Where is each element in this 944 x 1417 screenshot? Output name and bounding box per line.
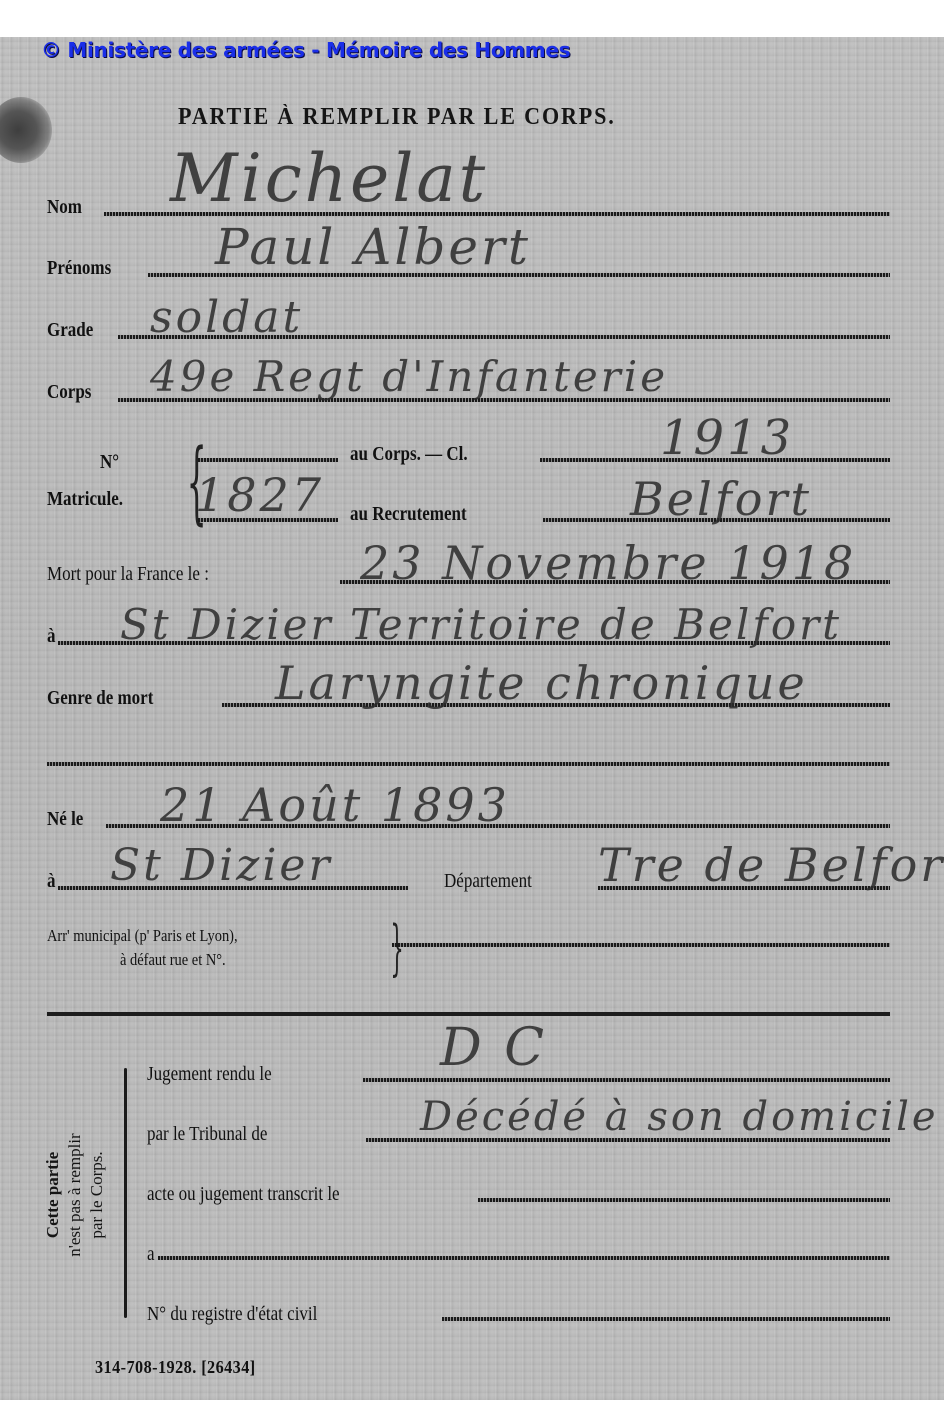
blank-line xyxy=(47,762,890,766)
arrondissement-label-2: à défaut rue et N°. xyxy=(120,950,226,970)
tribunal-brace xyxy=(124,1068,127,1318)
ne-a-value: St Dizier xyxy=(110,840,333,891)
jugement-value: D C xyxy=(440,1018,547,1078)
recrutement-value: Belfort xyxy=(630,472,812,526)
side-note-line3: par le Corps. xyxy=(86,1075,108,1315)
corps-value: 49e Regt d'Infanterie xyxy=(150,352,668,401)
a-line xyxy=(158,1256,890,1260)
form-reference-number: 314-708-1928. [26434] xyxy=(95,1357,256,1378)
grade-value: soldat xyxy=(150,292,303,343)
copyright-watermark: © Ministère des armées - Mémoire des Hom… xyxy=(41,38,570,62)
recrutement-label: au Recrutement xyxy=(350,503,467,526)
prenoms-label: Prénoms xyxy=(47,257,111,280)
matricule-number-value: 1827 xyxy=(195,468,324,522)
form-title: PARTIE À REMPLIR PAR LE CORPS. xyxy=(178,104,616,131)
departement-value: Tre de Belfort xyxy=(598,838,944,892)
jugement-line xyxy=(363,1078,890,1082)
side-note-line2: n'est pas à remplir xyxy=(64,1075,86,1315)
mort-a-value: St Dizier Territoire de Belfort xyxy=(120,600,842,649)
ne-le-label: Né le xyxy=(47,808,83,831)
side-note-line1: Cette partie xyxy=(42,1075,64,1315)
side-note: Cette partie n'est pas à remplir par le … xyxy=(42,1075,108,1315)
mort-a-label: à xyxy=(47,625,56,648)
au-corps-line xyxy=(198,458,338,462)
mort-le-value: 23 Novembre 1918 xyxy=(360,536,856,590)
acte-line xyxy=(478,1198,890,1202)
ne-a-label: à xyxy=(47,870,56,893)
registre-label: N° du registre d'état civil xyxy=(147,1303,317,1326)
section-separator xyxy=(47,1012,890,1016)
nom-label: Nom xyxy=(47,196,82,219)
matricule-label: Matricule. xyxy=(47,488,123,511)
matricule-label-no: N° xyxy=(100,451,119,474)
tribunal-value: Décédé à son domicile xyxy=(420,1094,939,1140)
ink-stain xyxy=(0,97,52,163)
arrondissement-label: Arr' municipal (p' Paris et Lyon), xyxy=(47,926,238,946)
corps-label: Corps xyxy=(47,381,91,404)
mort-le-label: Mort pour la France le : xyxy=(47,563,209,586)
genre-mort-value: Laryngite chronique xyxy=(275,656,808,710)
jugement-label: Jugement rendu le xyxy=(147,1063,272,1086)
acte-label: acte ou jugement transcrit le xyxy=(147,1183,340,1206)
ne-le-value: 21 Août 1893 xyxy=(160,778,510,832)
prenoms-value: Paul Albert xyxy=(215,218,531,276)
au-corps-label: au Corps. — Cl. xyxy=(350,443,468,466)
arrondissement-line xyxy=(392,943,890,947)
departement-label: Département xyxy=(444,870,532,893)
registre-line xyxy=(442,1317,890,1321)
classe-value: 1913 xyxy=(660,410,794,466)
arrondissement-brace: } xyxy=(390,918,403,978)
grade-label: Grade xyxy=(47,319,93,342)
tribunal-label: par le Tribunal de xyxy=(147,1123,267,1146)
a-label: a xyxy=(147,1243,155,1266)
genre-mort-label: Genre de mort xyxy=(47,687,153,710)
nom-value: Michelat xyxy=(170,140,488,217)
